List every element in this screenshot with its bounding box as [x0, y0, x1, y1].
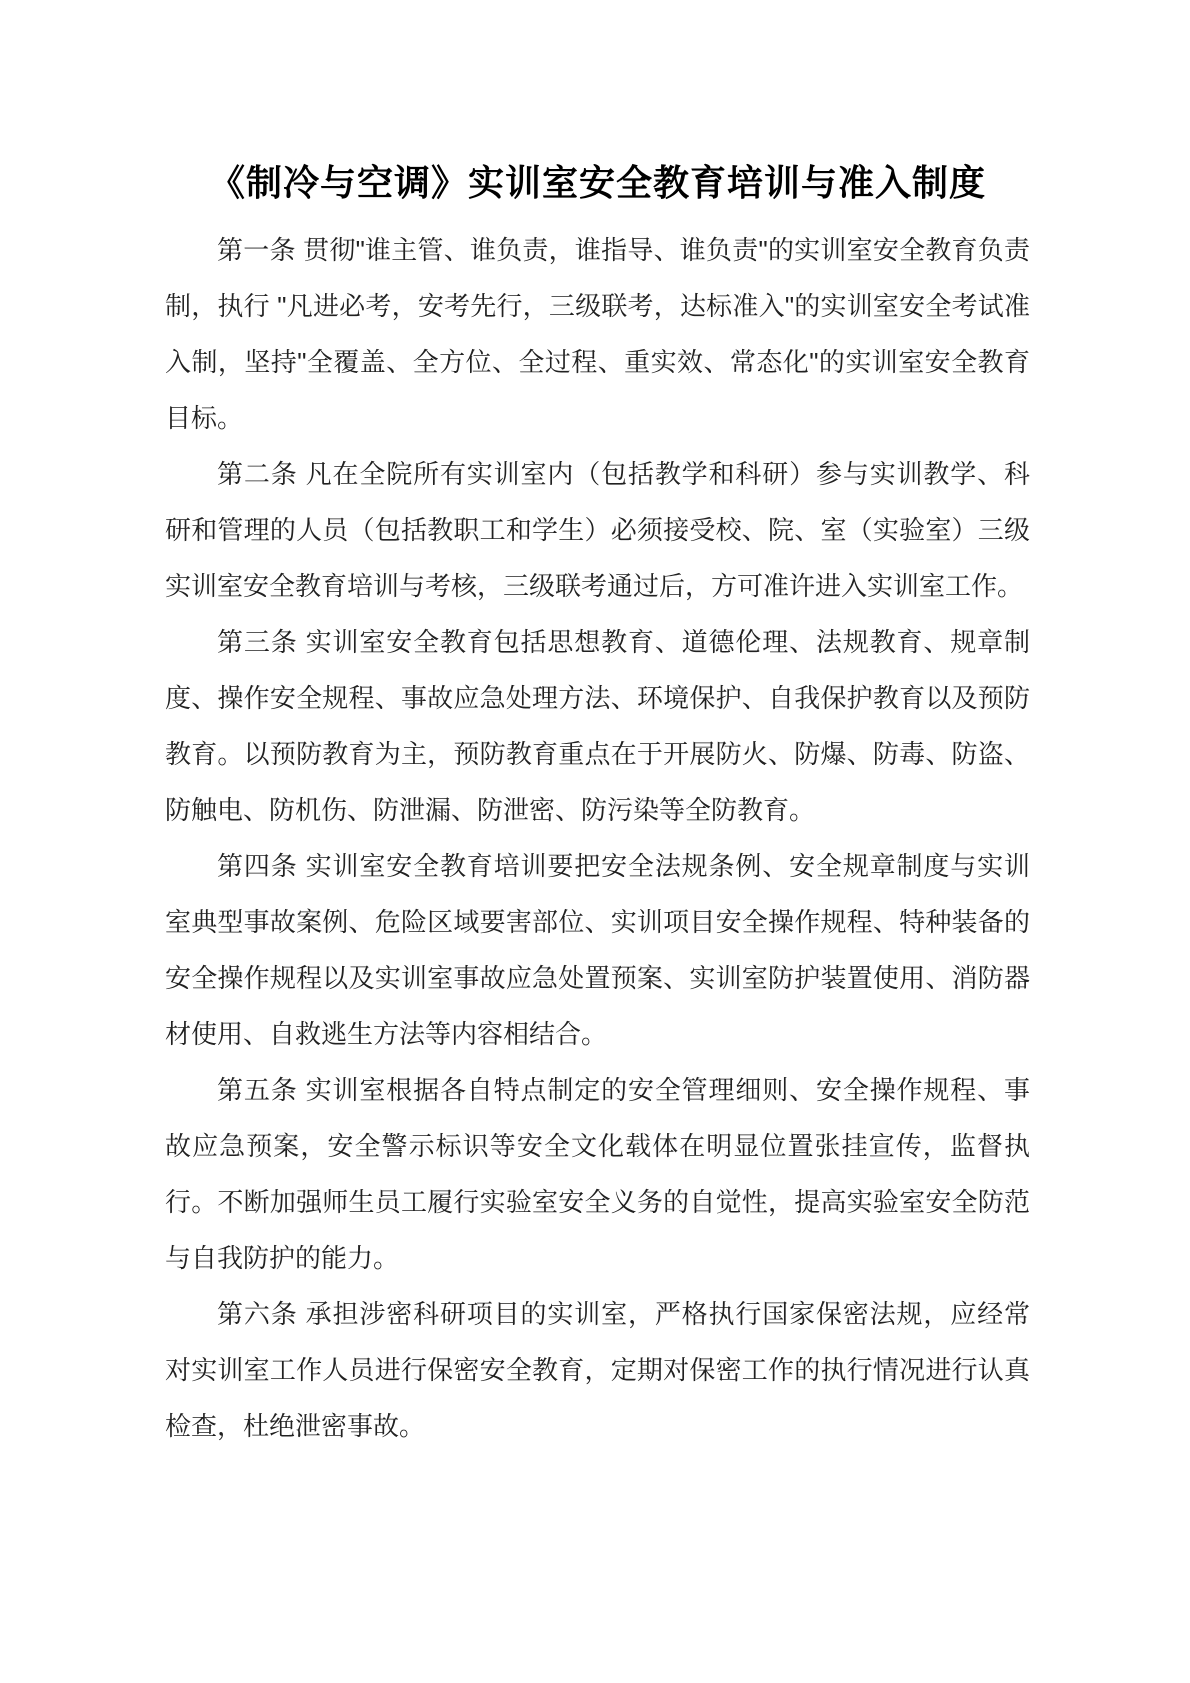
article-5-paragraph: 第五条 实训室根据各自特点制定的安全管理细则、安全操作规程、事故应急预案，安全警… — [165, 1062, 1030, 1286]
article-4-paragraph: 第四条 实训室安全教育培训要把安全法规条例、安全规章制度与实训室典型事故案例、危… — [165, 838, 1030, 1062]
article-3-paragraph: 第三条 实训室安全教育包括思想教育、道德伦理、法规教育、规章制度、操作安全规程、… — [165, 614, 1030, 838]
article-6-paragraph: 第六条 承担涉密科研项目的实训室，严格执行国家保密法规，应经常对实训室工作人员进… — [165, 1286, 1030, 1454]
article-2-paragraph: 第二条 凡在全院所有实训室内（包括教学和科研）参与实训教学、科研和管理的人员（包… — [165, 446, 1030, 614]
document-title: 《制冷与空调》实训室安全教育培训与准入制度 — [165, 158, 1030, 208]
article-1-paragraph: 第一条 贯彻"谁主管、谁负责，谁指导、谁负责"的实训室安全教育负责制，执行 "凡… — [165, 222, 1030, 446]
document-page: 《制冷与空调》实训室安全教育培训与准入制度 第一条 贯彻"谁主管、谁负责，谁指导… — [0, 0, 1190, 1683]
